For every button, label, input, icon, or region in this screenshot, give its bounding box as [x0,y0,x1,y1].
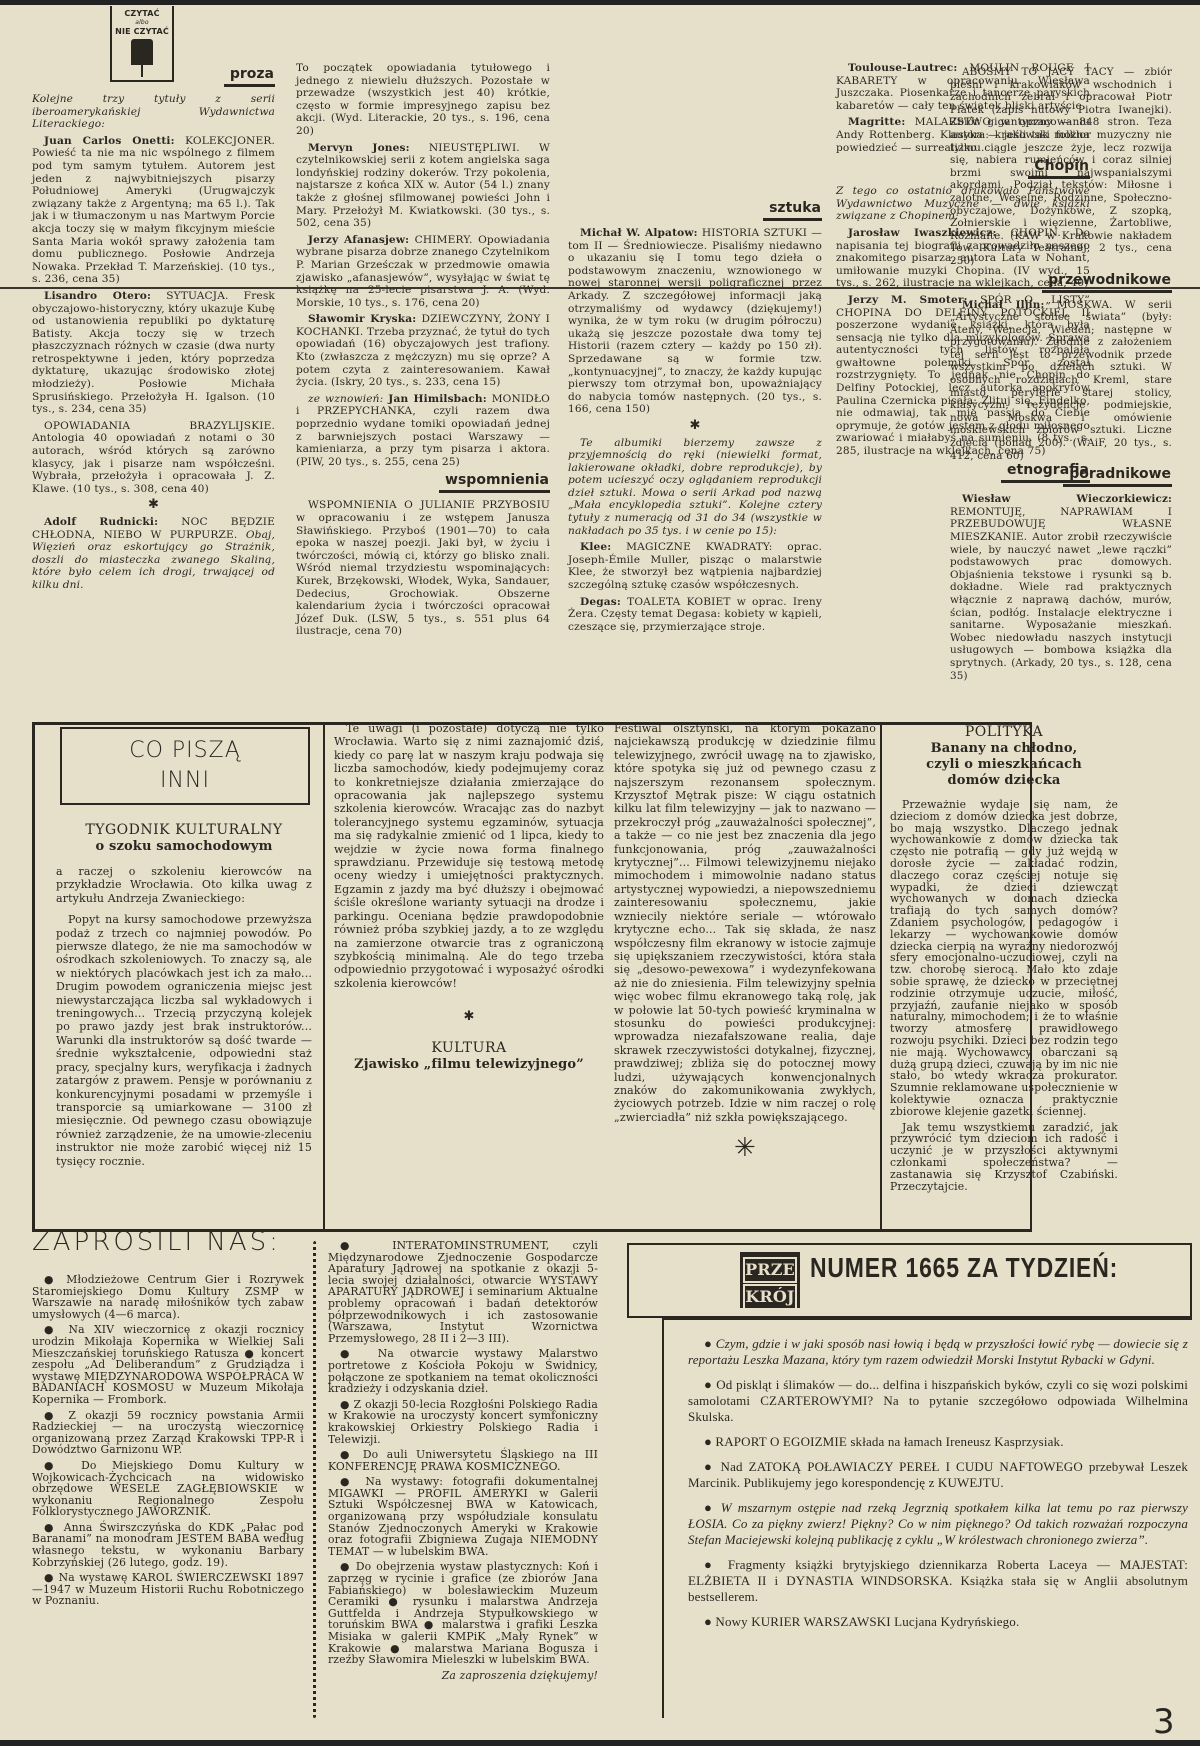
next-issue-item: ● RAPORT O EGOIZMIE składa na łamach Ire… [688,1434,1188,1450]
column-3: sztuka Michał W. Alpatow: HISTORIA SZTUK… [568,196,822,637]
article-title: Banany na chłodno, czyli o mieszkańcach … [890,741,1118,789]
next-issue-text: Od piskląt i ślimaków — do... delfina i … [688,1377,1188,1424]
polityka-article: POLITYKA Banany na chłodno, czyli o mies… [890,724,1118,1196]
wspomnienia-text: WSPOMNIENIA O JULIANIE PRZYBOSIU w oprac… [296,499,550,638]
thanks-line: Za zaproszenia dziękujemy! [328,1670,598,1682]
album-item: Klee: MAGICZNE KWADRATY: oprac. Joseph-É… [568,541,822,591]
next-issue-item: ● Czym, gdzie i w jaki sposób nasi łowią… [688,1336,1188,1368]
next-issue-item: ● W mszarnym ostępie nad rzeką Jegrznią … [688,1500,1188,1548]
invitation-item: ● Do obejrzenia wystaw plastycznych: Koń… [328,1561,598,1665]
wavy-divider [313,1240,323,1720]
invitation-text: Na XIV wieczornicę z okazji rocznicy uro… [32,1323,304,1406]
section-heading-wspomnienia: wspomnienia [439,472,550,493]
review-item: Juan Carlos Onetti: KOLEKCJONER. Powieść… [32,135,275,286]
review-text: SYTUACJA. Fresk obyczajowo-historyczny, … [32,290,275,415]
page-bottom-border [0,1740,1200,1746]
zaprosili-nas-title: ZAPROSILI NAS: [32,1236,281,1249]
co-pisza-inni-title-box: CO PISZĄ INNI [60,727,310,805]
review-author: Michał W. Alpatow: [580,227,698,239]
bullet-icon: ● [704,1500,715,1515]
album-author: Degas: [580,596,621,608]
invitation-item: ● Młodzieżowe Centrum Gier i Rozrywek St… [32,1274,304,1320]
article-source: TYGODNIK KULTURALNY [56,822,312,839]
review-item: Michał Iljin: MOSKWA. W serii „Artystycz… [950,299,1172,463]
article-source: KULTURA [334,1040,604,1057]
star-separator: ✱ [32,499,275,512]
invitation-text: Na otwarcie wystawy Malarstwo portretowe… [328,1347,598,1395]
albums-intro: Te albumiki bierzemy zawsze z przyjemnoś… [568,437,822,538]
invitation-text: Na wystawę KAROL ŚWIERCZEWSKI 1897—1947 … [32,1571,304,1607]
bullet-icon: ● [704,1377,712,1392]
review-item: Wiesław Wieczorkiewicz: REMONTUJĘ, NAPRA… [950,493,1172,682]
review-item: Jerzy Afanasjew: CHIMERY. Opowiadania wy… [296,234,550,310]
section-heading-poradnikowe: poradnikowe [1063,466,1172,487]
review-text: REMONTUJĘ, NAPRAWIAM I PRZEBUDOWUJĘ WŁAS… [950,506,1172,682]
next-issue-title: NUMER 1665 ZA TYDZIEŃ: [810,1262,1118,1275]
review-text: NIEUSTĘPLIWI. W czytelnikowskiej serii z… [296,142,550,230]
next-issue-text: Nowy KURIER WARSZAWSKI Lucjana Kydryński… [715,1614,1019,1629]
title-line2: INNI [62,766,308,796]
review-item: Sławomir Kryska: DZIEWCZYNY, ŻONY I KOCH… [296,313,550,389]
album-author: Toulouse-Lautrec: [848,62,957,74]
next-issue-text: W mszarnym ostępie nad rzeką Jegrznią sp… [688,1500,1188,1547]
column-1: proza Kolejne trzy tytuły z serii iberoa… [32,62,275,596]
next-issue-list: ● Czym, gdzie i w jaki sposób nasi łowią… [688,1336,1188,1639]
article-paragraph: Festiwal olsztyński, na którym pokazano … [614,722,876,1124]
next-issue-text: RAPORT O EGOIZMIE składa na łamach Irene… [715,1434,1063,1449]
invitation-text: INTERATOMINSTRUMENT, czyli Międzynarodow… [328,1239,598,1345]
star-separator: ✱ [334,1010,604,1023]
review-author: Jan Himilsbach: [388,393,487,405]
invitation-item: ● Na otwarcie wystawy Malarstwo portreto… [328,1348,598,1394]
article-paragraph: Przeważnie wydaje się nam, że dzieciom z… [890,799,1118,1118]
horizontal-rule [0,287,1200,289]
section-heading-przewodnikowe: przewodnikowe [1042,272,1172,293]
invitation-item: ● Z okazji 50-lecia Rozgłośni Polskiego … [328,1399,598,1445]
article-source: POLITYKA [890,724,1118,741]
asterisk-separator: ✳ [614,1142,876,1155]
page-top-border [0,0,1200,5]
bullet-icon: ● [704,1459,715,1474]
next-issue-text: Nad ZATOKĄ POŁAWIACZY PEREŁ I CUDU NAFTO… [688,1459,1188,1490]
logo-top: PRZE [743,1257,797,1283]
review-author: Michał Iljin: [962,299,1044,311]
przekroj-logo: PRZE KRÓJ [740,1252,800,1308]
invitation-item: ● Na wystawę KAROL ŚWIERCZEWSKI 1897—194… [32,1572,304,1607]
article-paragraph: Popyt na kursy samochodowe przewyższa po… [56,913,312,1168]
review-author: Sławomir Kryska: [308,313,416,325]
review-author: Wiesław Wieczorkiewicz: [962,493,1172,505]
column-5: ABOŚMY TO JACY TACY — zbiór pieśni i kra… [950,66,1172,686]
invitation-text: Na wystawy: fotografii dokumentalnej MIG… [328,1475,598,1558]
invitation-item: ● INTERATOMINSTRUMENT, czyli Międzynarod… [328,1240,598,1344]
section-heading-sztuka: sztuka [763,200,822,221]
invitation-item: ● Z okazji 59 rocznicy powstania Armii R… [32,1410,304,1456]
article-lead: a raczej o szkoleniu kierowców na przykł… [56,865,312,905]
review-item: Lisandro Otero: SYTUACJA. Fresk obyczajo… [32,290,275,416]
section-heading-proza: proza [224,66,275,87]
invitation-item: ● Na XIV wieczornicę z okazji rocznicy u… [32,1324,304,1405]
review-item: OPOWIADANIA BRAZYLIJSKIE. Antologia 40 o… [32,420,275,496]
logo-line1: CZYTAĆ [112,9,172,18]
proza-intro: Kolejne trzy tytuły z serii iberoameryka… [32,93,275,131]
tygodnik-continued: Te uwagi (i pozostałe) dotyczą nie tylko… [334,722,604,1222]
invitation-text: Młodzieżowe Centrum Gier i Rozrywek Star… [32,1273,304,1321]
next-issue-item: ● Od piskląt i ślimaków — do... delfina … [688,1377,1188,1425]
bullet-icon: ● [704,1336,712,1351]
next-issue-text: Czym, gdzie i w jaki sposób nasi łowią i… [688,1336,1188,1367]
review-text: KOLEKCJONER. Powieść ta nie ma nic wspól… [32,135,275,286]
article-paragraph: Jak temu wszystkiemu zaradzić, jak przyw… [890,1122,1118,1193]
logo-bottom: KRÓJ [743,1284,797,1310]
review-text: HISTORIA SZTUKI — tom II — Średniowiecze… [568,227,822,415]
column-divider [323,722,325,1232]
invitation-text: Z okazji 50-lecia Rozgłośni Polskiego Ra… [328,1398,598,1446]
review-author: Adolf Rudnicki: [44,516,158,528]
album-author: Magritte: [848,116,905,128]
review-item: ze wznowień: Jan Himilsbach: MONIDŁO i P… [296,393,550,469]
bullet-icon: ● [704,1434,712,1449]
etnografia-text: ABOŚMY TO JACY TACY — zbiór pieśni i kra… [950,66,1172,268]
review-item: Mervyn Jones: NIEUSTĘPLIWI. W czytelniko… [296,142,550,230]
bullet-icon: ● [704,1614,712,1629]
zaprosili-list-1: ● Młodzieżowe Centrum Gier i Rozrywek St… [32,1274,304,1611]
column-divider [880,722,882,1232]
review-text-continued: To początek opowiadania tytułowego i jed… [296,62,550,138]
bullet-icon: ● [704,1557,718,1572]
review-author: Mervyn Jones: [308,142,410,154]
album-author: Klee: [580,541,611,553]
tygodnik-article: TYGODNIK KULTURALNY o szoku samochodowym… [56,822,312,1172]
review-item: Adolf Rudnicki: NOC BĘDZIE CHŁODNA, NIEB… [32,516,275,592]
review-author: Jerzy Afanasjew: [308,234,409,246]
article-title: o szoku samochodowym [56,839,312,855]
article-title: Zjawisko „filmu telewizyjnego” [334,1057,604,1073]
page-number: 3 [1153,1704,1175,1740]
album-item: Degas: TOALETA KOBIET w oprac. Ireny Żer… [568,596,822,634]
kultura-article: Festiwal olsztyński, na którym pokazano … [614,722,876,1160]
review-item: Michał W. Alpatow: HISTORIA SZTUKI — tom… [568,227,822,416]
review-text: OPOWIADANIA BRAZYLIJSKIE. Antologia 40 o… [32,420,275,495]
invitation-text: Do Miejskiego Domu Kultury w Wojkowicach… [32,1459,304,1518]
star-separator: ✱ [568,420,822,433]
column-2: To początek opowiadania tytułowego i jed… [296,62,550,642]
next-issue-item: ● Fragmenty książki brytyjskiego dzienni… [688,1557,1188,1605]
review-author: Lisandro Otero: [44,290,151,302]
invitation-item: ● Do Miejskiego Domu Kultury w Wojkowica… [32,1460,304,1518]
article-paragraph: Te uwagi (i pozostałe) dotyczą nie tylko… [334,722,604,990]
review-text: MOSKWA. W serii „Artystyczne stolice świ… [950,299,1172,462]
review-prefix: ze wznowień: [308,393,383,405]
logo-line2: albo [112,18,172,27]
review-author: Juan Carlos Onetti: [44,135,175,147]
logo-line3: NIE CZYTAĆ [112,27,172,36]
title-line1: CO PISZĄ [62,736,308,766]
next-issue-item: ● Nad ZATOKĄ POŁAWIACZY PEREŁ I CUDU NAF… [688,1459,1188,1491]
invitation-item: ● Anna Świrszczyńska do KDK „Pałac pod B… [32,1522,304,1568]
invitation-text: Z okazji 59 rocznicy powstania Armii Rad… [32,1409,304,1457]
next-issue-item: ● Nowy KURIER WARSZAWSKI Lucjana Kydryńs… [688,1614,1188,1630]
invitation-item: ● Do auli Uniwersytetu Śląskiego na III … [328,1449,598,1472]
invitation-item: ● Na wystawy: fotografii dokumentalnej M… [328,1476,598,1557]
invitation-text: Do obejrzenia wystaw plastycznych: Koń i… [328,1560,598,1666]
zaprosili-list-2: ● INTERATOMINSTRUMENT, czyli Międzynarod… [328,1240,598,1685]
next-issue-text: Fragmenty książki brytyjskiego dziennika… [688,1557,1188,1604]
invitation-text: Anna Świrszczyńska do KDK „Pałac pod Bar… [32,1521,304,1569]
invitation-text: Do auli Uniwersytetu Śląskiego na III KO… [328,1448,598,1473]
